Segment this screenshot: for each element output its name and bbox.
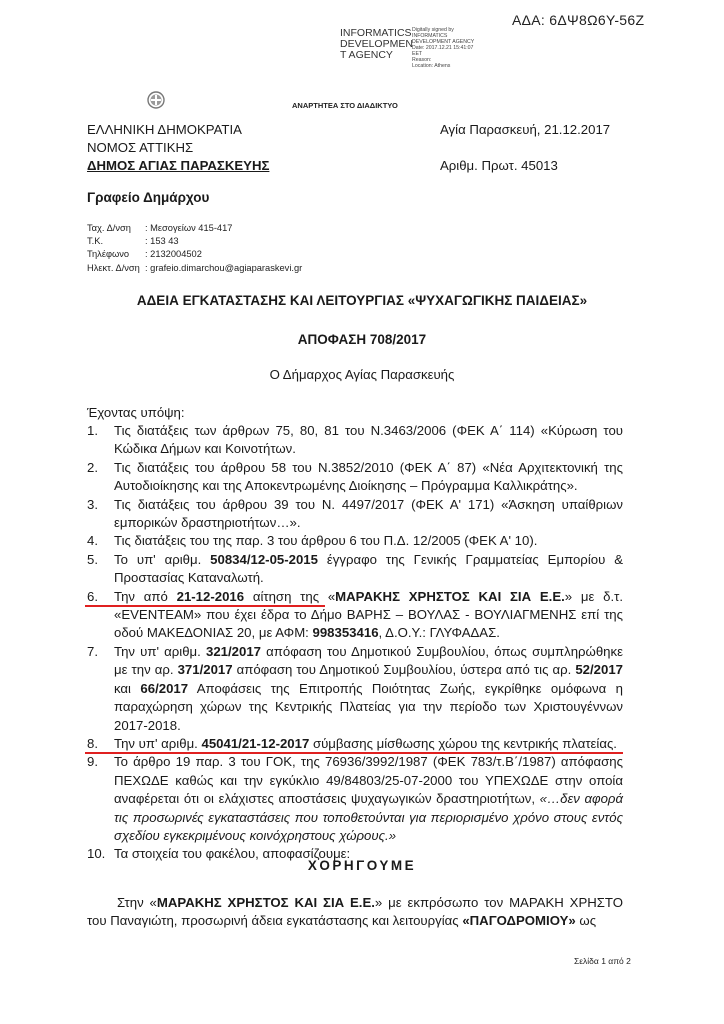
text-run: ΜΑΡΑΚΗΣ ΧΡΗΣΤΟΣ ΚΑΙ ΣΙΑ Ε.Ε.: [157, 895, 375, 910]
contact-label: Τηλέφωνο: [87, 248, 145, 261]
signature-organization: INFORMATICS DEVELOPMEN T AGENCY: [340, 28, 420, 61]
text-run: αίτηση της «: [244, 589, 335, 604]
text-run: και: [114, 681, 140, 696]
item-number: 1.: [87, 422, 114, 459]
text-run: 21-12-2016: [177, 589, 244, 604]
text-run: 321/2017: [206, 644, 261, 659]
text-run: απόφαση του Δημοτικού Συμβουλίου, ύστερα…: [233, 662, 576, 677]
item-text: Το υπ' αριθμ. 50834/12-05-2015 έγγραφο τ…: [114, 551, 623, 588]
item-number: 4.: [87, 532, 114, 550]
page-number: Σελίδα 1 από 2: [574, 956, 631, 966]
text-run: 66/2017: [140, 681, 188, 696]
signature-org-line: T AGENCY: [340, 50, 420, 61]
mayor-title: Ο Δήμαρχος Αγίας Παρασκευής: [0, 367, 724, 382]
item-number: 8.: [87, 735, 114, 753]
text-run: ΜΑΡΑΚΗΣ ΧΡΗΣΤΟΣ ΚΑΙ ΣΙΑ Ε.Ε.: [335, 589, 565, 604]
text-run: Αποφάσεις της Επιτροπής Ποιότητας Ζωής, …: [114, 681, 623, 733]
considerations-intro: Έχοντας υπόψη:: [87, 404, 623, 422]
consideration-item: 7.Την υπ' αριθμ. 321/2017 απόφαση του Δη…: [87, 643, 623, 735]
text-run: 998353416: [313, 625, 379, 640]
contact-label: Ταχ. Δ/νση: [87, 222, 145, 235]
text-run: Στην «: [117, 895, 157, 910]
consideration-item: 8.Την υπ' αριθμ. 45041/21-12-2017 σύμβασ…: [87, 735, 623, 753]
contact-row: Ταχ. Δ/νση: Μεσογείων 415-417: [87, 222, 302, 235]
contact-label: Τ.Κ.: [87, 235, 145, 248]
item-number: 2.: [87, 459, 114, 496]
item-text: Την υπ' αριθμ. 321/2017 απόφαση του Δημο…: [114, 643, 623, 735]
consideration-item: 2.Τις διατάξεις του άρθρου 58 του Ν.3852…: [87, 459, 623, 496]
item-text: Τις διατάξεις του άρθρου 58 του Ν.3852/2…: [114, 459, 623, 496]
signature-detail-line: Location: Athens: [412, 63, 474, 69]
consideration-item: 9.Το άρθρο 19 παρ. 3 του ΓΟΚ, της 76936/…: [87, 753, 623, 845]
consideration-item: 1.Τις διατάξεις των άρθρων 75, 80, 81 το…: [87, 422, 623, 459]
place-date: Αγία Παρασκευή, 21.12.2017: [440, 121, 610, 139]
date-protocol-block: Αγία Παρασκευή, 21.12.2017 Αριθμ. Πρωτ. …: [440, 121, 610, 175]
issuer-block: ΕΛΛΗΝΙΚΗ ΔΗΜΟΚΡΑΤΙΑ ΝΟΜΟΣ ΑΤΤΙΚΗΣ ΔΗΜΟΣ …: [87, 121, 269, 175]
item-text: Την υπ' αριθμ. 45041/21-12-2017 σύμβασης…: [114, 735, 623, 753]
grant-paragraph: Στην «ΜΑΡΑΚΗΣ ΧΡΗΣΤΟΣ ΚΑΙ ΣΙΑ Ε.Ε.» με ε…: [87, 894, 623, 931]
item-number: 6.: [87, 588, 114, 643]
office-title: Γραφείο Δημάρχου: [87, 190, 209, 205]
text-run: Την υπ' αριθμ.: [114, 736, 202, 751]
text-run: Τις διατάξεις του άρθρου 58 του Ν.3852/2…: [114, 460, 623, 493]
contact-value: : 2132004502: [145, 248, 202, 261]
ada-code: ΑΔΑ: 6ΔΨ8Ω6Υ-56Ζ: [512, 12, 644, 28]
text-run: ως: [576, 913, 596, 928]
item-text: Τις διατάξεις των άρθρων 75, 80, 81 του …: [114, 422, 623, 459]
text-run: Την υπ' αριθμ.: [114, 644, 206, 659]
consideration-item: 6.Την από 21-12-2016 αίτηση της «ΜΑΡΑΚΗΣ…: [87, 588, 623, 643]
protocol-number: Αριθμ. Πρωτ. 45013: [440, 157, 610, 175]
municipality-label: ΔΗΜΟΣ ΑΓΙΑΣ ΠΑΡΑΣΚΕΥΗΣ: [87, 157, 269, 175]
grant-title: ΧΟΡΗΓΟΥΜΕ: [0, 858, 724, 873]
item-number: 9.: [87, 753, 114, 845]
text-run: , Δ.Ο.Υ.: ΓΛΥΦΑΔΑΣ.: [379, 625, 500, 640]
text-run: σύμβασης μίσθωσης χώρου της κεντρικής πλ…: [309, 736, 617, 751]
consideration-item: 5.Το υπ' αριθμ. 50834/12-05-2015 έγγραφο…: [87, 551, 623, 588]
text-run: «ΠΑΓΟΔΡΟΜΙΟΥ»: [462, 913, 575, 928]
item-text: Τις διατάξεις του άρθρου 39 του Ν. 4497/…: [114, 496, 623, 533]
item-number: 7.: [87, 643, 114, 735]
text-run: Τις διατάξεις του άρθρου 39 του Ν. 4497/…: [114, 497, 623, 530]
consideration-item: 4.Τις διατάξεις του της παρ. 3 του άρθρο…: [87, 532, 623, 550]
item-text: Το άρθρο 19 παρ. 3 του ΓΟΚ, της 76936/39…: [114, 753, 623, 845]
text-run: Τις διατάξεις του της παρ. 3 του άρθρου …: [114, 533, 537, 548]
email-link[interactable]: : grafeio.dimarchou@agiaparaskevi.gr: [145, 262, 302, 275]
text-run: 45041/21-12-2017: [202, 736, 310, 751]
contact-value: : Μεσογείων 415-417: [145, 222, 232, 235]
item-text: Τις διατάξεις του της παρ. 3 του άρθρου …: [114, 532, 623, 550]
text-run: Τις διατάξεις των άρθρων 75, 80, 81 του …: [114, 423, 623, 456]
signature-details: Digitally signed by INFORMATICS DEVELOPM…: [412, 27, 474, 69]
text-run: 50834/12-05-2015: [210, 552, 318, 567]
contact-block: Ταχ. Δ/νση: Μεσογείων 415-417 Τ.Κ.: 153 …: [87, 222, 302, 275]
considerations-list: 1.Τις διατάξεις των άρθρων 75, 80, 81 το…: [87, 422, 623, 864]
text-run: Την από: [114, 589, 177, 604]
item-text: Την από 21-12-2016 αίτηση της «ΜΑΡΑΚΗΣ Χ…: [114, 588, 623, 643]
item-number: 5.: [87, 551, 114, 588]
contact-row: Ηλεκτ. Δ/νση: grafeio.dimarchou@agiapara…: [87, 262, 302, 275]
contact-value: : 153 43: [145, 235, 179, 248]
posting-note: ΑΝΑΡΤΗΤΕΑ ΣΤΟ ΔΙΑΔΙΚΤΥΟ: [292, 101, 398, 110]
text-run: Το υπ' αριθμ.: [114, 552, 210, 567]
text-run: 52/2017: [575, 662, 623, 677]
prefecture-label: ΝΟΜΟΣ ΑΤΤΙΚΗΣ: [87, 139, 269, 157]
greek-coat-of-arms-icon: [147, 91, 165, 109]
decision-title: ΑΠΟΦΑΣΗ 708/2017: [0, 332, 724, 347]
highlight-underline: [85, 605, 325, 607]
text-run: 371/2017: [178, 662, 233, 677]
consideration-item: 3.Τις διατάξεις του άρθρου 39 του Ν. 449…: [87, 496, 623, 533]
contact-row: Τηλέφωνο: 2132004502: [87, 248, 302, 261]
contact-label: Ηλεκτ. Δ/νση: [87, 262, 145, 275]
item-number: 3.: [87, 496, 114, 533]
permit-title: ΑΔΕΙΑ ΕΓΚΑΤΑΣΤΑΣΗΣ ΚΑΙ ΛΕΙΤΟΥΡΓΙΑΣ «ΨΥΧΑ…: [0, 293, 724, 308]
republic-label: ΕΛΛΗΝΙΚΗ ΔΗΜΟΚΡΑΤΙΑ: [87, 121, 269, 139]
contact-row: Τ.Κ.: 153 43: [87, 235, 302, 248]
